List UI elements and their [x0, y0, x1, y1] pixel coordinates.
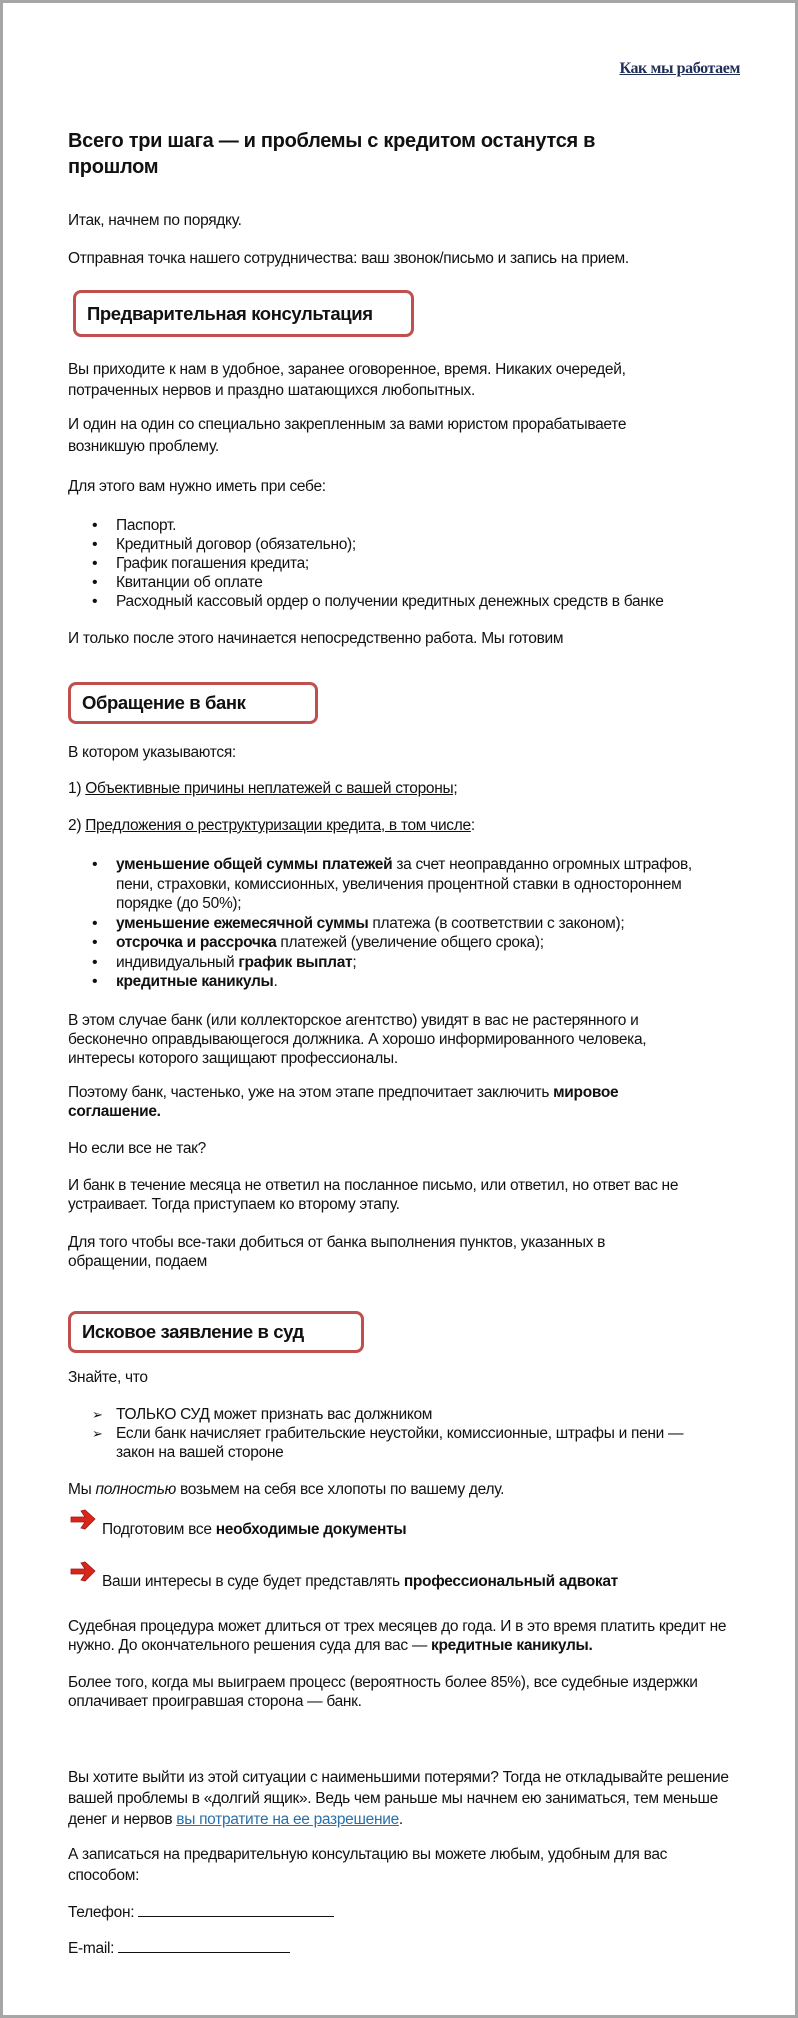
intro-paragraph-2: Отправная точка нашего сотрудничества: в… [68, 249, 629, 269]
list-item: Паспорт. [68, 516, 748, 535]
step1-paragraph-3: Для этого вам нужно иметь при себе: [68, 477, 326, 497]
cta-paragraph-1: Вы хотите выйти из этой ситуации с наиме… [68, 1767, 730, 1830]
step1-paragraph-4: И только после этого начинается непосред… [68, 629, 563, 649]
step2-heading-box: Обращение в банк [68, 682, 318, 724]
step2-heading: Обращение в банк [82, 693, 246, 713]
phone-field-row: Телефон: [68, 1902, 334, 1923]
step3-heading: Исковое заявление в суд [82, 1322, 304, 1342]
text: Судебная процедура может длиться от трех… [68, 1618, 726, 1654]
page-title: Всего три шага — и проблемы с кредитом о… [68, 128, 668, 180]
step3-heading-box: Исковое заявление в суд [68, 1311, 364, 1353]
item-text: ; [352, 954, 356, 971]
arrow-item-lawyer: Ваши интересы в суде будет представлять … [68, 1568, 618, 1592]
list-item: индивидуальный график выплат; [68, 953, 698, 973]
step3-paragraph-1: Знайте, что [68, 1368, 148, 1388]
reasons-text: Объективные причины неплатежей с вашей с… [85, 780, 457, 797]
list-item: уменьшение общей суммы платежей за счет … [68, 855, 698, 914]
step1-paragraph-2: И один на один со специально закрепленны… [68, 414, 698, 458]
number: 1) [68, 780, 85, 797]
colon: : [471, 817, 475, 834]
item-text: платежа (в соответствии с законом); [368, 915, 624, 932]
item-bold: кредитные каникулы [116, 973, 273, 990]
court-facts-list: ТОЛЬКО СУД может признать вас должником … [68, 1405, 708, 1462]
red-arrow-icon [68, 1508, 98, 1532]
step2-numbered-1: 1) Объективные причины неплатежей с ваше… [68, 779, 457, 799]
step2-numbered-2: 2) Предложения о реструктуризации кредит… [68, 816, 475, 836]
list-item: Расходный кассовый ордер о получении кре… [68, 592, 748, 611]
item-text: индивидуальный [116, 954, 238, 971]
how-we-work-link[interactable]: Как мы работаем [619, 59, 740, 79]
documents-list: Паспорт. Кредитный договор (обязательно)… [68, 516, 748, 611]
list-item: отсрочка и рассрочка платежей (увеличени… [68, 933, 698, 953]
step1-heading: Предварительная консультация [87, 304, 373, 324]
item-bold: уменьшение общей суммы платежей [116, 856, 392, 873]
list-item: уменьшение ежемесячной суммы платежа (в … [68, 914, 698, 934]
step3-paragraph-4: Более того, когда мы выиграем процесс (в… [68, 1673, 708, 1711]
list-item: График погашения кредита; [68, 554, 748, 573]
resolution-link[interactable]: вы потратите на ее разрешение [176, 1811, 399, 1828]
step3-paragraph-3: Судебная процедура может длиться от трех… [68, 1617, 728, 1655]
text: Подготовим все [102, 1521, 216, 1538]
lawyer-bold: профессиональный адвокат [404, 1573, 618, 1590]
step1-heading-box: Предварительная консультация [73, 290, 414, 337]
step2-paragraph-5: И банк в течение месяца не ответил на по… [68, 1176, 728, 1214]
text: . [399, 1811, 403, 1828]
holidays-bold: кредитные каникулы. [431, 1637, 592, 1654]
item-bold: отсрочка и рассрочка [116, 934, 276, 951]
step3-paragraph-2: Мы полностью возьмем на себя все хлопоты… [68, 1480, 504, 1500]
number: 2) [68, 817, 85, 834]
phone-field[interactable] [138, 1902, 334, 1917]
email-label: E-mail: [68, 1940, 118, 1957]
documents-bold: необходимые документы [216, 1521, 407, 1538]
step2-paragraph-1: В котором указываются: [68, 743, 236, 763]
item-text: платежей (увеличение общего срока); [276, 934, 543, 951]
cta-paragraph-2: А записаться на предварительную консульт… [68, 1844, 718, 1886]
list-item: Если банк начисляет грабительские неусто… [68, 1424, 708, 1462]
text: Мы [68, 1481, 95, 1498]
step2-paragraph-4: Но если все не так? [68, 1139, 206, 1159]
text: Ваши интересы в суде будет представлять [102, 1573, 404, 1590]
list-item: ТОЛЬКО СУД может признать вас должником [68, 1405, 708, 1424]
restructuring-list: уменьшение общей суммы платежей за счет … [68, 855, 698, 992]
step2-paragraph-3: Поэтому банк, частенько, уже на этом эта… [68, 1083, 688, 1121]
text: Поэтому банк, частенько, уже на этом эта… [68, 1084, 553, 1101]
step2-paragraph-2: В этом случае банк (или коллекторское аг… [68, 1011, 708, 1068]
list-item: Квитанции об оплате [68, 573, 748, 592]
arrow-item-documents: Подготовим все необходимые документы [68, 1516, 406, 1540]
phone-label: Телефон: [68, 1904, 138, 1921]
text: возьмем на себя все хлопоты по вашему де… [176, 1481, 504, 1498]
emphasis: полностью [95, 1481, 175, 1498]
intro-paragraph-1: Итак, начнем по порядку. [68, 211, 242, 231]
email-field-row: E-mail: [68, 1938, 290, 1959]
email-field[interactable] [118, 1938, 290, 1953]
item-bold: график выплат [238, 954, 352, 971]
restructuring-text: Предложения о реструктуризации кредита, … [85, 817, 471, 834]
red-arrow-icon [68, 1560, 98, 1584]
item-text: . [273, 973, 277, 990]
document-page: Как мы работаем Всего три шага — и пробл… [3, 3, 795, 2015]
list-item: Кредитный договор (обязательно); [68, 535, 748, 554]
step1-paragraph-1: Вы приходите к нам в удобное, заранее ог… [68, 359, 718, 401]
list-item: кредитные каникулы. [68, 972, 698, 992]
step2-paragraph-6: Для того чтобы все-таки добиться от банк… [68, 1233, 668, 1271]
item-bold: уменьшение ежемесячной суммы [116, 915, 368, 932]
